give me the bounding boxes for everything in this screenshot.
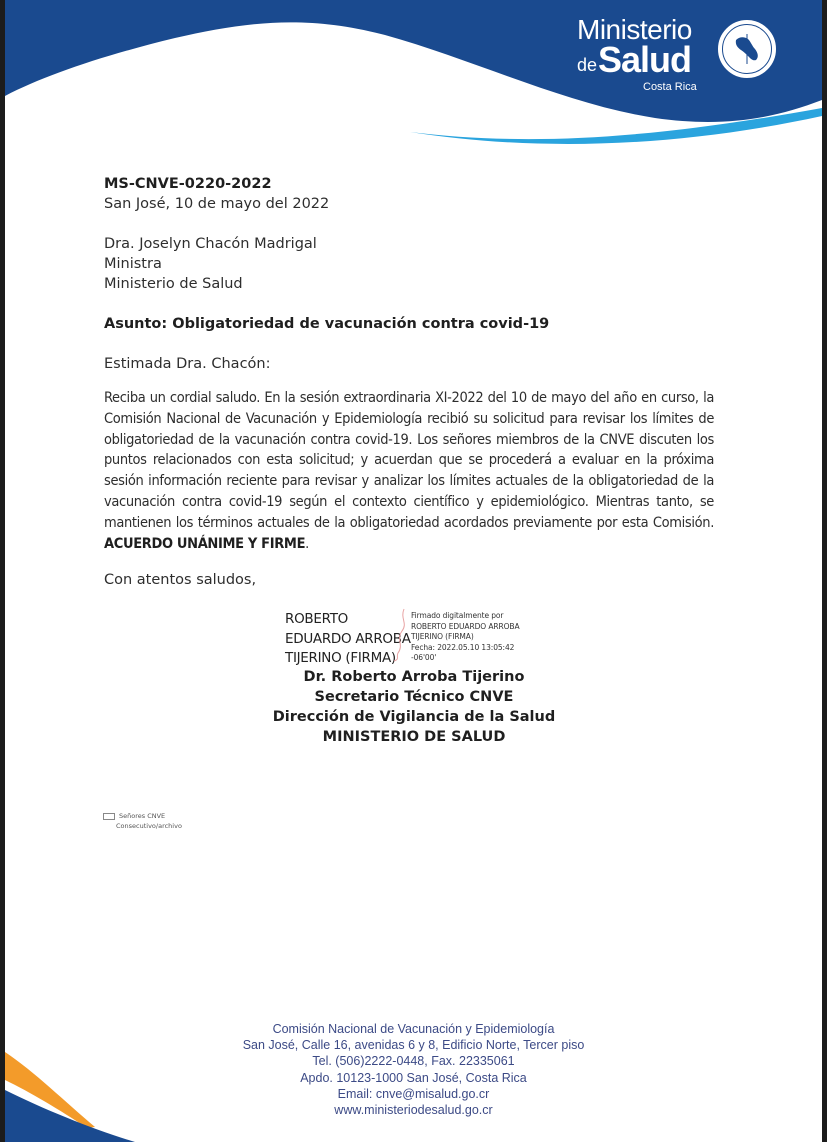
footer-wave	[5, 1032, 205, 1142]
cc-line: Señores CNVE	[119, 812, 165, 820]
body-end: .	[305, 536, 309, 552]
digital-signature-mark-icon	[390, 607, 412, 663]
digital-signature-details: Firmado digitalmente por ROBERTO EDUARDO…	[411, 611, 519, 664]
recipient-name: Dra. Joselyn Chacón Madrigal	[104, 234, 317, 254]
salutation: Estimada Dra. Chacón:	[104, 354, 271, 374]
signer-position: Secretario Técnico CNVE	[205, 687, 623, 707]
signer-name: Dr. Roberto Arroba Tijerino	[205, 667, 623, 687]
logo-de-text: de	[577, 55, 597, 76]
letter-page: Ministerio de Salud Costa Rica MS-CNVE-0…	[5, 0, 822, 1142]
body-text: Reciba un cordial saludo. En la sesión e…	[104, 390, 714, 531]
signer-department: Dirección de Vigilancia de la Salud	[205, 707, 623, 727]
reference-number: MS-CNVE-0220-2022	[104, 174, 272, 194]
closing: Con atentos saludos,	[104, 570, 256, 590]
body-emphasis: ACUERDO UNÁNIME Y FIRME	[104, 536, 305, 552]
digital-signature-line: Fecha: 2022.05.10 13:05:42	[411, 643, 519, 654]
digital-signature-line: TIJERINO (FIRMA)	[411, 632, 519, 643]
subject-line: Asunto: Obligatoriedad de vacunación con…	[104, 314, 549, 334]
cc-line: Consecutivo/archivo	[103, 821, 182, 831]
digital-signature-line: ROBERTO EDUARDO ARROBA	[411, 622, 519, 633]
cc-icon	[103, 813, 115, 820]
ministry-seal-icon	[716, 18, 778, 80]
ministry-logo: Ministerio de Salud Costa Rica	[577, 14, 817, 94]
letter-body: Reciba un cordial saludo. En la sesión e…	[104, 388, 714, 554]
recipient-organization: Ministerio de Salud	[104, 274, 243, 294]
logo-country-text: Costa Rica	[643, 81, 697, 93]
signer-organization: MINISTERIO DE SALUD	[205, 727, 623, 747]
recipient-title: Ministra	[104, 254, 162, 274]
place-date: San José, 10 de mayo del 2022	[104, 194, 329, 214]
digital-signature-line: Firmado digitalmente por	[411, 611, 519, 622]
logo-salud-text: Salud	[598, 40, 691, 80]
digital-signature-line: -06'00'	[411, 653, 519, 664]
cc-block: Señores CNVE Consecutivo/archivo	[103, 811, 182, 831]
